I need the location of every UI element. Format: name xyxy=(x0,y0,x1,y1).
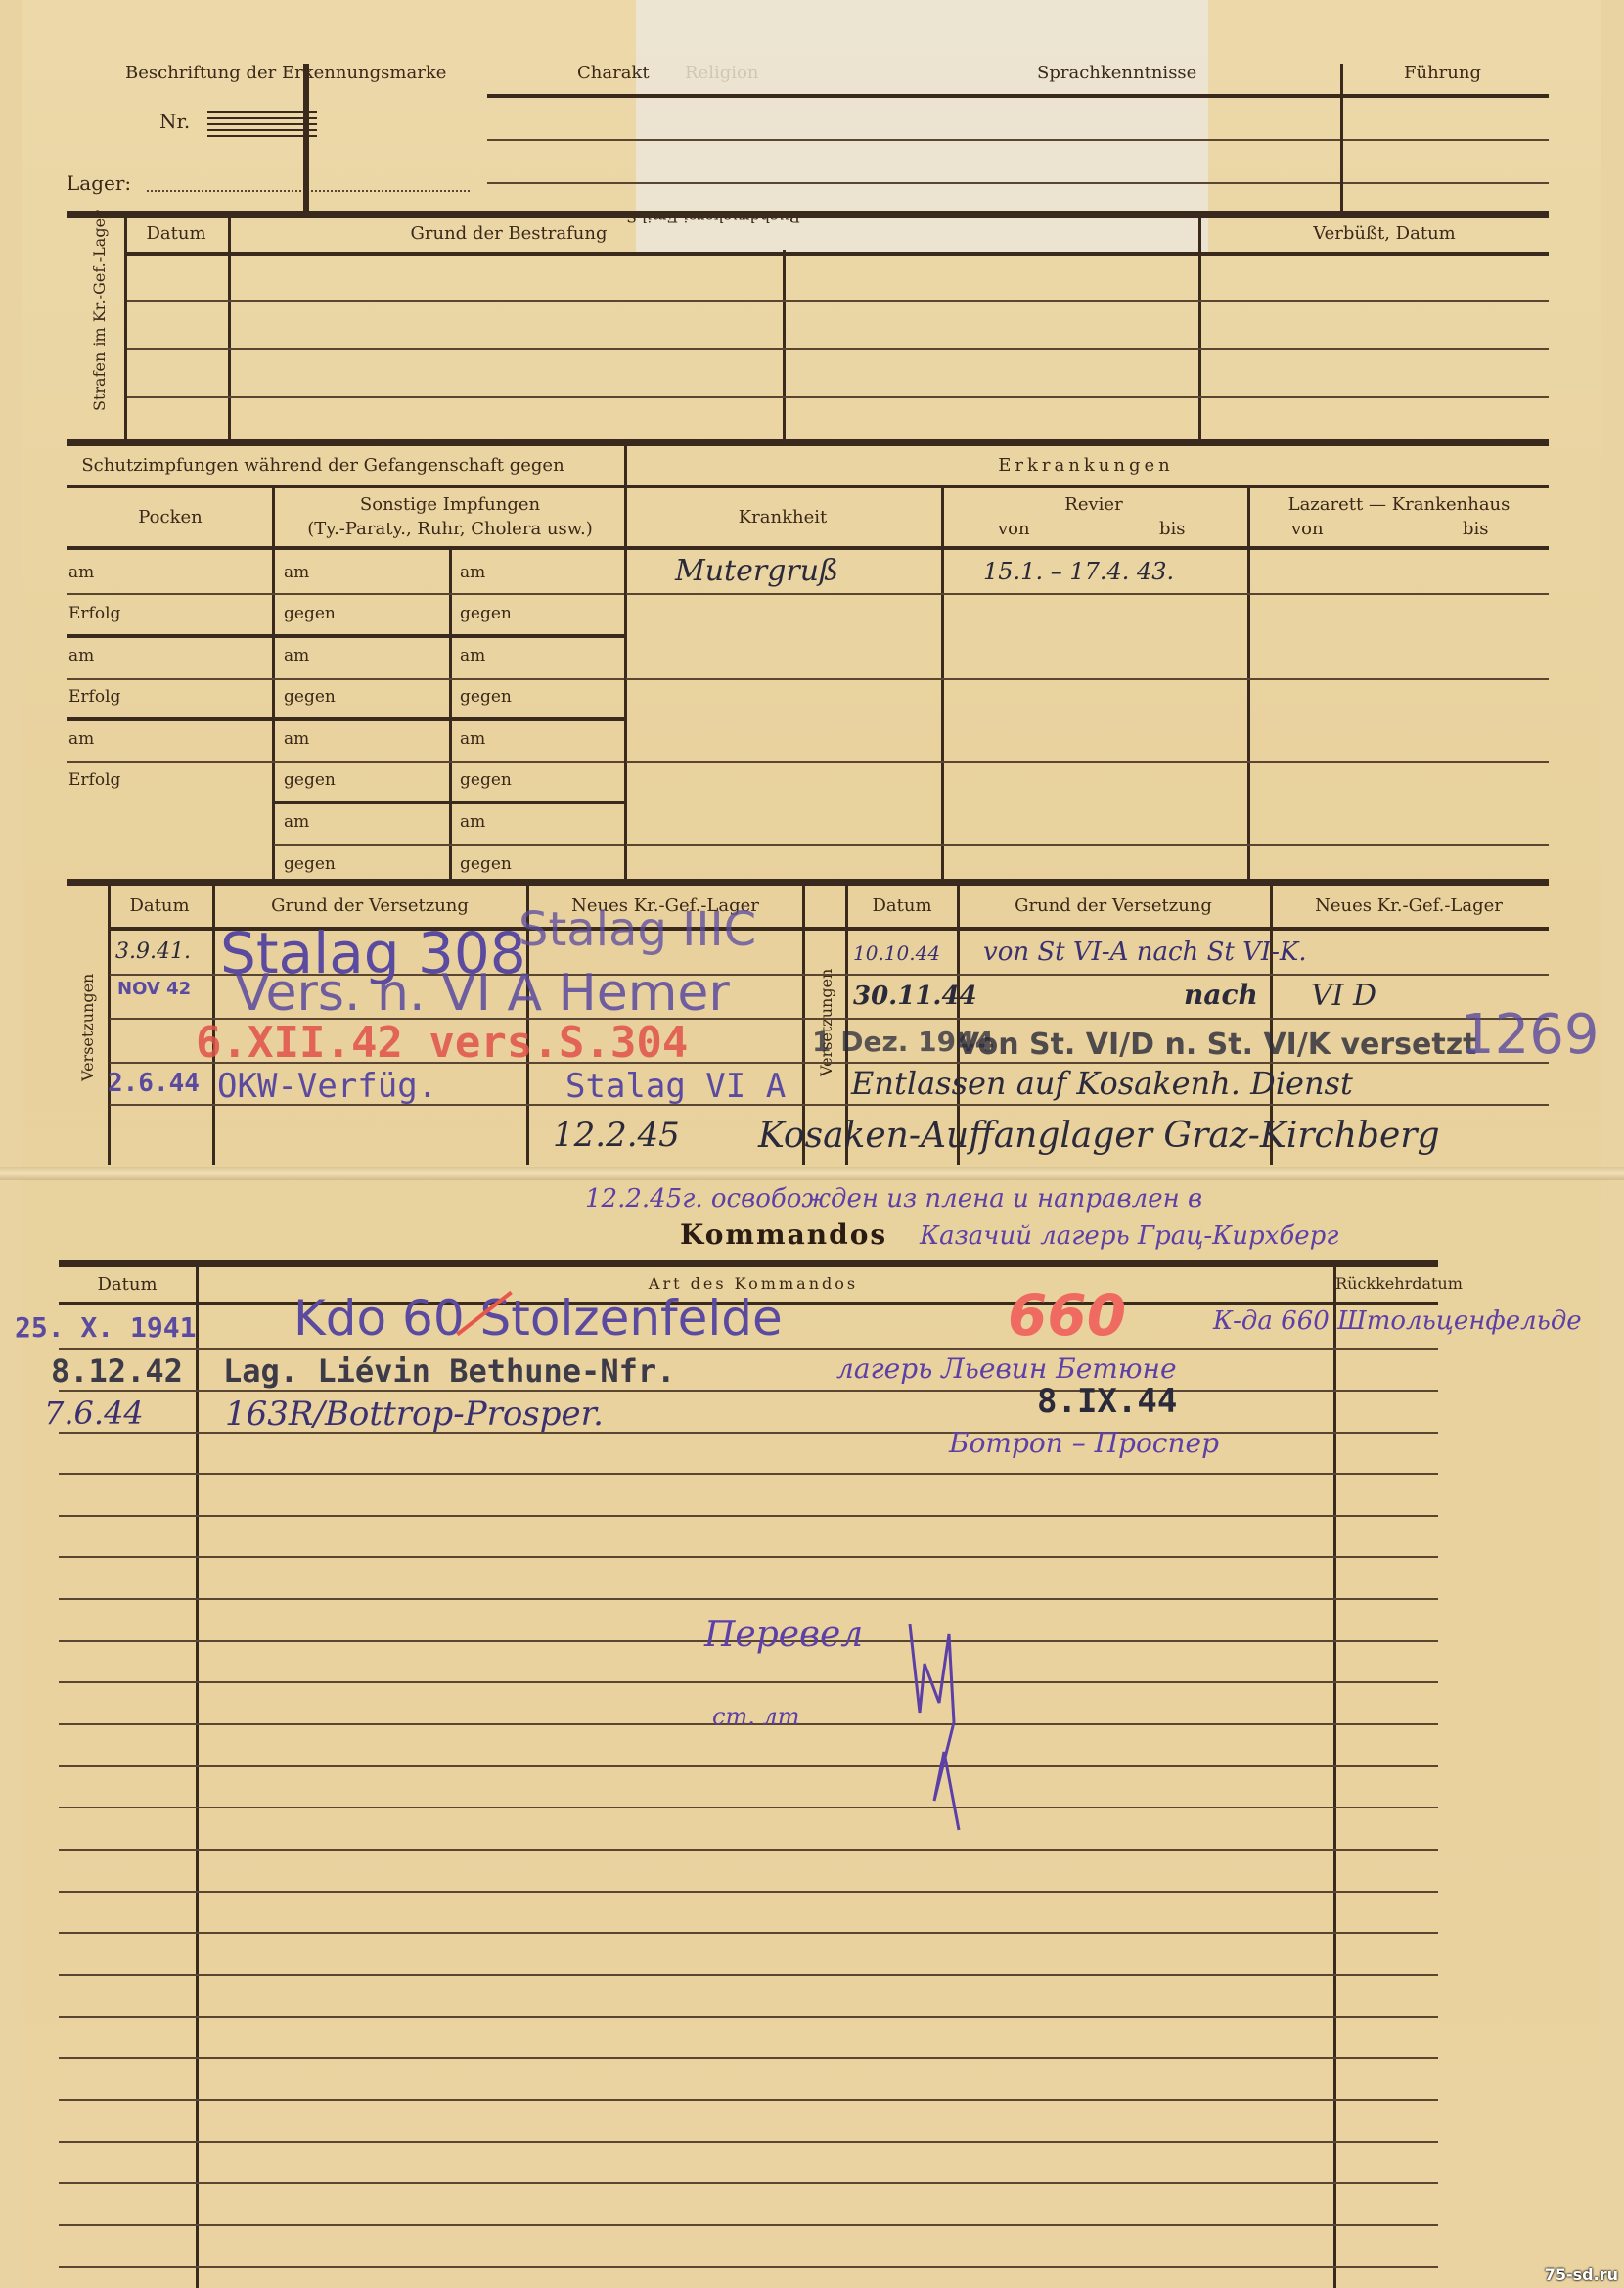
row-rule xyxy=(67,717,624,721)
divider xyxy=(624,445,627,881)
kommando-russian-2: лагерь Льевин Бетюне xyxy=(836,1352,1177,1385)
kommando-red-annotation: 660 xyxy=(1008,1282,1126,1349)
russian-note-line-2: Казачий лагерь Грац-Кирхберг xyxy=(920,1221,1338,1251)
row-line xyxy=(59,1556,1438,1558)
transfer-right-text-4: Entlassen auf Kosakenh. Dienst xyxy=(851,1065,1353,1102)
section-rule xyxy=(67,879,1549,886)
transfer-col-datum-2: Datum xyxy=(872,895,931,916)
row-line xyxy=(626,678,1549,680)
header-rule xyxy=(487,94,1549,98)
header-col-religion: Religion xyxy=(685,63,758,83)
col-krankheit: Krankheit xyxy=(739,507,828,527)
row-line xyxy=(626,844,1549,846)
row-line xyxy=(59,2141,1438,2143)
transfers-side-label-right: Versetzungen xyxy=(817,969,835,1076)
transfer-col-grund: Grund der Versetzung xyxy=(271,895,469,916)
vacc-cell: Erfolg xyxy=(68,604,120,623)
transfer-right-text-2: nach xyxy=(1184,979,1258,1011)
divider xyxy=(941,487,944,881)
divider xyxy=(196,1264,199,2288)
header-line xyxy=(487,182,1549,184)
col-pocken: Pocken xyxy=(138,507,202,527)
row-line xyxy=(59,1473,1438,1475)
header-rule xyxy=(67,546,1549,550)
section-rule xyxy=(67,211,1549,218)
vaccinations-title: Schutzimpfungen während der Gefangenscha… xyxy=(81,455,564,476)
lager-label: Lager: xyxy=(67,171,131,195)
vacc-cell: am xyxy=(68,563,94,582)
signature-sub: ст. лт xyxy=(712,1703,800,1730)
row-line xyxy=(626,761,1549,763)
header-col-charakter: Charakt xyxy=(577,63,650,83)
transfer-date-1: 3.9.41. xyxy=(115,939,191,964)
transfer-right-camp-2: VI D xyxy=(1311,979,1376,1013)
row-line xyxy=(59,1348,1438,1350)
row-line xyxy=(59,2057,1438,2059)
row-line xyxy=(67,761,624,763)
kommando-text-2: Lag. Liévin Bethune-Nfr. xyxy=(223,1352,675,1390)
kommando-date-3: 7.6.44 xyxy=(44,1395,144,1432)
row-line xyxy=(59,1891,1438,1893)
stamp-transfer-text: Von St. VI/D n. St. VI/K versetzt xyxy=(957,1028,1477,1062)
header-line xyxy=(67,485,1549,488)
row-line xyxy=(59,1932,1438,1934)
nr-label: Nr. xyxy=(159,110,190,133)
col-sonstige: Sonstige Impfungen xyxy=(360,494,540,515)
header-rule xyxy=(127,252,1549,256)
transfer-col-neues-lager-2: Neues Kr.-Gef.-Lager xyxy=(1315,895,1503,916)
row-line xyxy=(59,1807,1438,1808)
russian-note-line-1: 12.2.45г. освобожден из плена и направле… xyxy=(585,1184,1202,1213)
nr-line xyxy=(207,123,317,125)
transfer-right-date-5: 12.2.45 xyxy=(553,1116,680,1155)
vacc-cell: am xyxy=(68,646,94,665)
vacc-cell: gegen xyxy=(460,604,512,623)
transfer-reason-3: OKW-Verfüg. xyxy=(217,1067,437,1106)
punishments-side-label: Strafen im Kr.-Gef.-Lager xyxy=(90,210,109,411)
vacc-cell: gegen xyxy=(284,854,336,874)
stamp-vers-hemer: Vers. n. VI A Hemer xyxy=(235,964,730,1023)
vacc-cell: Erfolg xyxy=(68,770,120,790)
row-line xyxy=(626,593,1549,595)
col-revier-von: von xyxy=(998,519,1030,539)
row-line xyxy=(127,396,1549,398)
punish-col-verbuesst: Verbüßt, Datum xyxy=(1313,223,1455,244)
row-line xyxy=(127,300,1549,302)
divider xyxy=(1247,487,1250,881)
row-line xyxy=(59,2099,1438,2101)
tag-label: Beschriftung der Erkennungsmarke xyxy=(125,63,446,83)
kommando-russian-1: К-да 660 Штольценфельде xyxy=(1213,1306,1582,1336)
transfer-col-datum: Datum xyxy=(129,895,189,916)
row-line xyxy=(59,1598,1438,1600)
header-col-sprachkenntnisse: Sprachkenntnisse xyxy=(1037,63,1196,83)
kommandos-title: Kommandos xyxy=(680,1218,887,1251)
kommando-stamp-3: 8.IX.44 xyxy=(1037,1382,1177,1421)
transfer-right-date-2: 30.11.44 xyxy=(853,982,977,1011)
divider xyxy=(124,215,127,442)
divider xyxy=(228,215,231,442)
col-lazarett: Lazarett — Krankenhaus xyxy=(1288,494,1511,515)
col-lazarett-bis: bis xyxy=(1463,519,1489,539)
vacc-cell: am xyxy=(284,563,309,582)
row-line xyxy=(274,844,624,846)
transfers-side-label-left: Versetzungen xyxy=(78,974,97,1081)
row-line xyxy=(59,1974,1438,1976)
vacc-cell: am xyxy=(460,646,485,665)
row-line xyxy=(59,1849,1438,1851)
section-rule xyxy=(67,439,1549,446)
transfer-date-2: NOV 42 xyxy=(117,979,191,999)
row-rule xyxy=(67,634,624,638)
illnesses-title: Erkrankungen xyxy=(998,455,1173,476)
nr-line xyxy=(207,135,317,137)
row-line xyxy=(59,2266,1438,2268)
vacc-cell: am xyxy=(460,729,485,749)
col-revier: Revier xyxy=(1064,494,1122,515)
illness-entry: Mutergruß xyxy=(675,554,838,588)
row-rule xyxy=(274,801,624,804)
nr-line xyxy=(207,111,317,113)
vacc-cell: am xyxy=(460,812,485,832)
transfer-date-3: 2.6.44 xyxy=(108,1069,200,1098)
divider xyxy=(783,250,786,442)
signature-scribble-icon xyxy=(880,1605,988,1840)
row-line xyxy=(59,1515,1438,1517)
transfer-camp-3: Stalag VI A xyxy=(565,1067,786,1106)
nr-line xyxy=(207,117,317,119)
transfer-right-text-1: von St VI-A nach St VI-K. xyxy=(983,938,1307,967)
punish-col-grund: Grund der Bestrafung xyxy=(411,223,608,244)
vacc-cell: gegen xyxy=(460,854,512,874)
divider xyxy=(1340,64,1343,212)
vacc-cell: gegen xyxy=(460,770,512,790)
col-sonstige-sub: (Ty.-Paraty., Ruhr, Cholera usw.) xyxy=(307,519,592,539)
vacc-cell: am xyxy=(284,812,309,832)
punish-col-datum: Datum xyxy=(146,223,205,244)
vacc-cell: am xyxy=(68,729,94,749)
row-line xyxy=(59,1390,1438,1392)
transfer-right-text-5: Kosaken-Auffanglager Graz-Kirchberg xyxy=(758,1116,1440,1156)
header-line xyxy=(487,139,1549,141)
watermark: 75-sd.ru xyxy=(1545,2265,1618,2284)
kommando-date-2: 8.12.42 xyxy=(51,1352,183,1390)
kommando-text-3: 163R/Bottrop-Prosper. xyxy=(225,1395,604,1434)
row-line xyxy=(59,2182,1438,2184)
row-line xyxy=(59,2224,1438,2226)
vacc-cell: am xyxy=(284,729,309,749)
kommando-russian-3: Ботроп – Проспер xyxy=(949,1427,1219,1459)
signature-text: Перевел xyxy=(704,1615,863,1655)
fold-crease xyxy=(0,1167,1624,1180)
kommando-col-datum: Datum xyxy=(97,1274,157,1295)
row-line xyxy=(67,678,624,680)
illness-revier-dates: 15.1. – 17.4. 43. xyxy=(983,558,1174,585)
kommando-date-1: 25. X. 1941 xyxy=(15,1311,196,1344)
vacc-cell: gegen xyxy=(460,687,512,707)
divider xyxy=(1198,215,1201,442)
kommando-col-rueckkehr: Rückkehrdatum xyxy=(1335,1274,1463,1293)
kommando-text-1: Kdo 60 Stolzenfelde xyxy=(293,1290,783,1347)
divider xyxy=(449,550,452,881)
nr-line xyxy=(207,129,317,131)
row-line xyxy=(59,1765,1438,1767)
row-line xyxy=(67,593,624,595)
row-line xyxy=(59,1681,1438,1683)
vacc-cell: am xyxy=(284,646,309,665)
col-lazarett-von: von xyxy=(1291,519,1324,539)
transfer-col-grund-2: Grund der Versetzung xyxy=(1015,895,1212,916)
header-col-fuehrung: Führung xyxy=(1404,63,1481,83)
row-line xyxy=(127,348,1549,350)
vacc-cell: am xyxy=(460,563,485,582)
red-stamp-transfer: 6.XII.42 vers.S.304 xyxy=(196,1018,688,1068)
col-revier-bis: bis xyxy=(1159,519,1186,539)
stamp-number-1269: 1269 xyxy=(1460,1003,1600,1067)
vacc-cell: Erfolg xyxy=(68,687,120,707)
transfer-right-date-1: 10.10.44 xyxy=(853,941,940,965)
divider xyxy=(303,64,309,212)
stamp-stalag-iiic: Stalag IIIC xyxy=(519,902,756,957)
divider xyxy=(1333,1264,1336,2288)
vacc-cell: gegen xyxy=(284,687,336,707)
section-rule xyxy=(59,1260,1438,1267)
row-line xyxy=(59,2016,1438,2018)
vacc-cell: gegen xyxy=(284,604,336,623)
vacc-cell: gegen xyxy=(284,770,336,790)
